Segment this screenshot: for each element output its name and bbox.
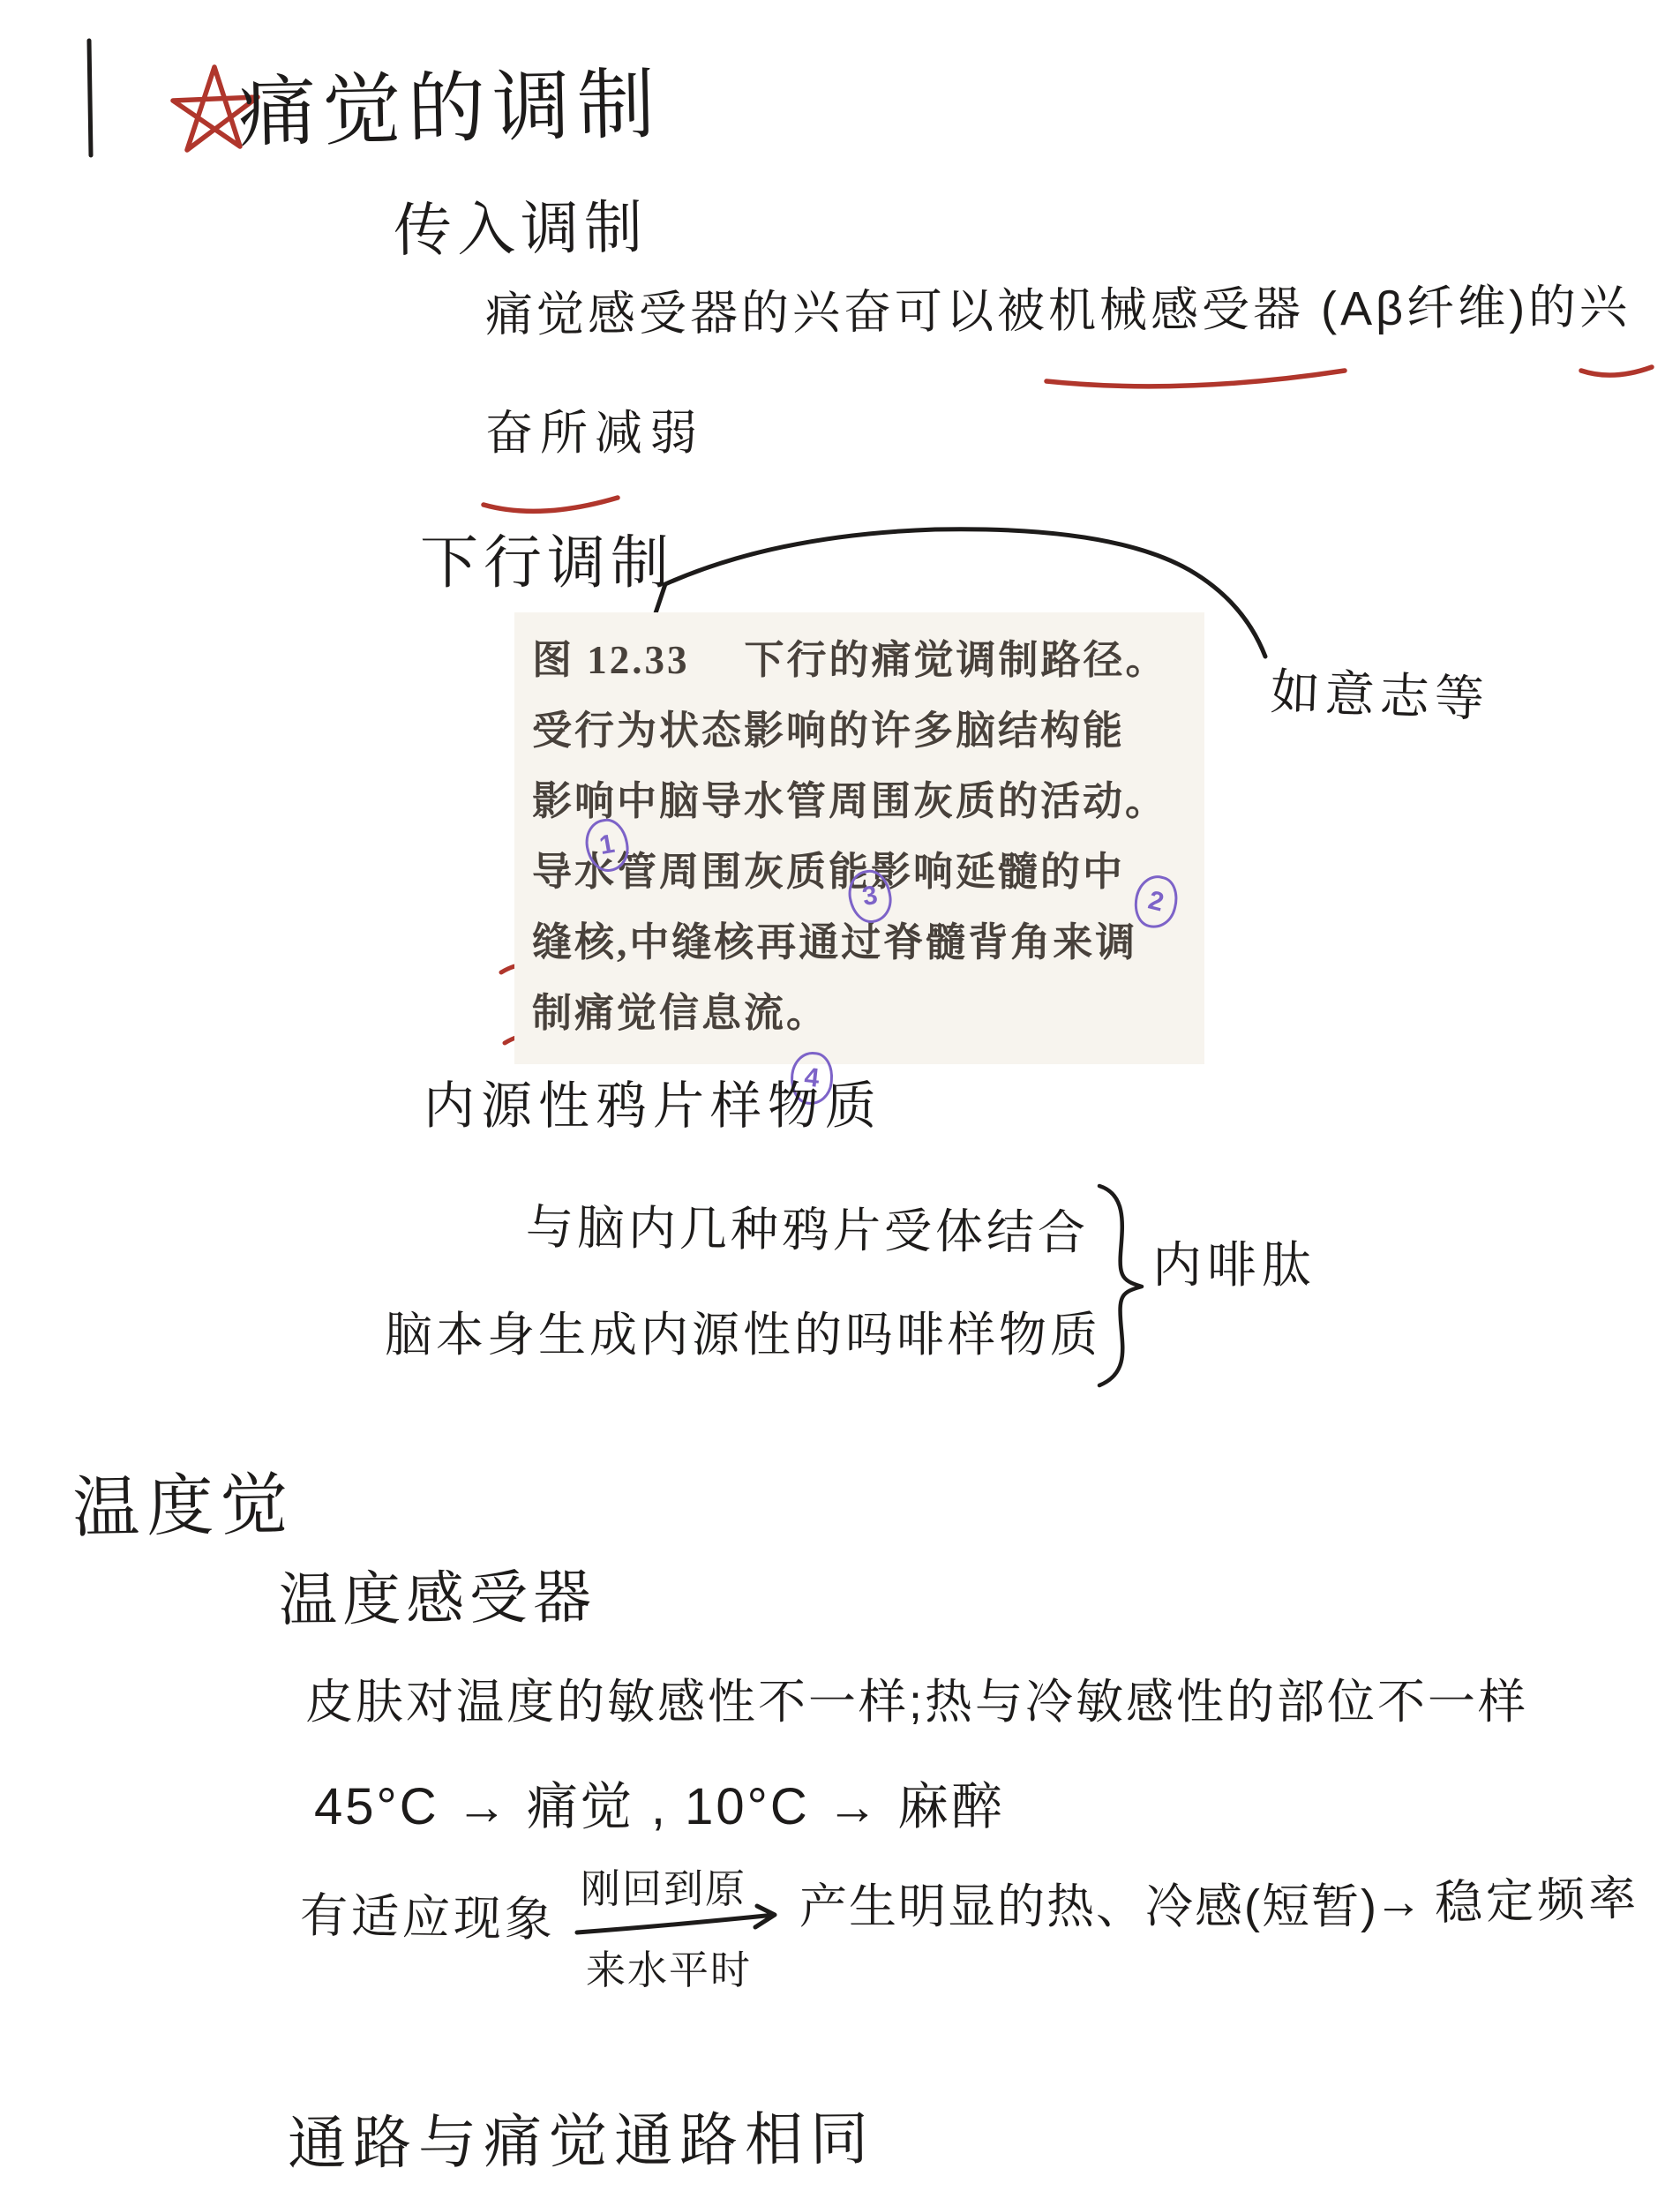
afferent-line1-underlined-mechanoreceptor: 机械感受器 xyxy=(1048,283,1304,338)
adaptation-prefix: 有适应现象 xyxy=(299,1878,556,1950)
adaptation-arrow: → xyxy=(1375,1874,1426,1929)
pathway-note: 通路与痛觉通路相同 xyxy=(288,2091,876,2180)
heading-temperature-sense: 温度觉 xyxy=(71,1451,296,1550)
temperature-note-line2: 45°C → 痛觉 , 10°C → 麻醉 xyxy=(314,1765,1005,1839)
figure-caption-title: 下行的痛觉调制路径。 xyxy=(745,638,1168,682)
underline-mechanoreceptor xyxy=(1046,371,1345,386)
figure-caption-line2: 受行为状态影响的许多脑结构能 xyxy=(532,695,1187,766)
afferent-line1-a: 痛觉感受器的兴奋可以被 xyxy=(485,285,1048,341)
temperature-note-line1: 皮肤对温度的敏感性不一样;热与冷敏感性的部位不一样 xyxy=(305,1664,1528,1732)
afferent-line1-c: (Aβ纤维)的 xyxy=(1304,281,1579,335)
brace xyxy=(1099,1186,1142,1385)
afferent-line1-underlined-xing: 兴 xyxy=(1579,281,1631,334)
figure-caption-line3: 影响中脑导水管周围灰质的活动。 xyxy=(532,766,1187,837)
adaptation-result1: 产生明显的热、冷感(短暂) xyxy=(799,1869,1378,1937)
brace-label-endorphin: 内啡肽 xyxy=(1152,1227,1316,1297)
adaptation-fraction-bottom: 来水平时 xyxy=(586,1938,752,1995)
margin-note-such-as-will: 如意志等 xyxy=(1270,653,1491,732)
page-title: 痛觉的调制 xyxy=(237,42,664,162)
figure-caption-line6: 制痛觉信息流。 xyxy=(532,978,1187,1048)
heading-descending-modulation: 下行调制 xyxy=(420,515,674,599)
underline-excitation-start xyxy=(1581,367,1652,375)
heading-endogenous-opioids: 内源性鸦片样物质 xyxy=(424,1064,882,1138)
heading-temperature-receptor: 温度感受器 xyxy=(279,1549,597,1637)
adaptation-fraction-top: 刚回到原 xyxy=(581,1857,746,1914)
afferent-note-line1: 痛觉感受器的兴奋可以被机械感受器 (Aβ纤维)的兴 xyxy=(485,269,1631,345)
opioid-note-line1: 与脑内几种鸦片受体结合 xyxy=(526,1189,1090,1264)
figure-caption-line1: 图 12.33下行的痛觉调制路径。 xyxy=(532,625,1187,695)
figure-label: 图 12.33 xyxy=(532,638,690,682)
heading-afferent-modulation: 传入调制 xyxy=(393,180,648,267)
afferent-line2-b: 所减弱 xyxy=(540,407,704,460)
page-edge-mark xyxy=(89,41,91,155)
afferent-line2-underlined-fen: 奋 xyxy=(485,407,540,460)
underline-excitation-end xyxy=(484,498,618,511)
afferent-note-line2: 奋所减弱 xyxy=(485,395,704,463)
adaptation-result2: 稳定频率 xyxy=(1434,1860,1640,1933)
opioid-note-line2: 脑本身生成内源性的吗啡样物质 xyxy=(385,1297,1101,1365)
notebook-page: 痛觉的调制 传入调制 痛觉感受器的兴奋可以被机械感受器 (Aβ纤维)的兴 奋所减… xyxy=(0,0,1680,2206)
